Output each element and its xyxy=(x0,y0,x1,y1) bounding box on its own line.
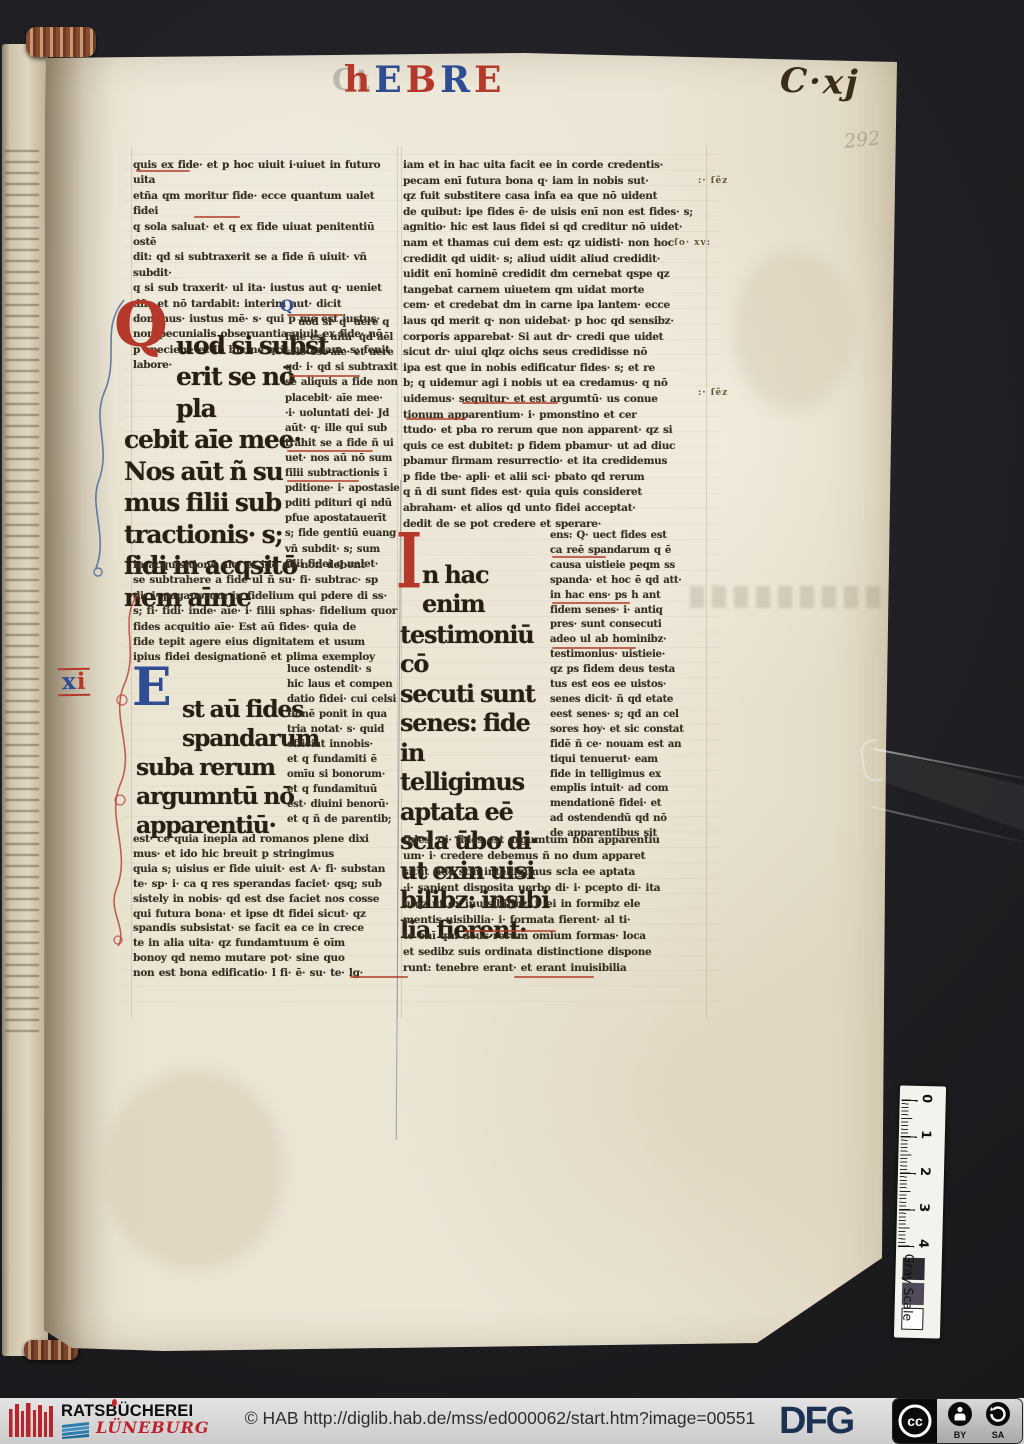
dfg-logo: DFG xyxy=(779,1398,853,1444)
red-umlaut-drop xyxy=(112,1399,117,1406)
parchment-stain xyxy=(104,1070,284,1270)
rubric-underline xyxy=(552,602,630,604)
dropcap-spacer xyxy=(285,315,298,329)
chapter-heading: C·xj xyxy=(779,63,860,102)
initial-Q-red: Q xyxy=(114,294,168,356)
pencil-folio-number: 292 xyxy=(843,128,881,152)
headband xyxy=(26,27,96,57)
left-mid-gloss: in acquisitionē aīe· et ido nē non deben… xyxy=(133,558,405,666)
ink-showthrough xyxy=(690,586,886,608)
facing-page-edge xyxy=(2,44,48,1356)
parchment-stain xyxy=(734,250,854,410)
library-city: LÜNEBURG xyxy=(96,1418,210,1437)
right-top-gloss: iam et in hac uita facit ee in corde cre… xyxy=(403,158,705,532)
gray-scale-ruler: 0 1 2 3 4 Gray Scale xyxy=(894,1085,946,1338)
rubric-underline xyxy=(462,402,558,404)
right-gloss-beside-lemma: ens: Q· uect fides est ca reē spandarum … xyxy=(550,528,708,841)
ruler-number: 1 xyxy=(918,1130,932,1144)
rubric-underline xyxy=(290,375,360,377)
rubric-underline xyxy=(552,556,606,558)
rubric-underline xyxy=(464,930,556,932)
svg-text:cc: cc xyxy=(907,1413,923,1429)
rubric-underline xyxy=(350,976,408,978)
manuscript-page: Ct hEBRE C·xj 292 :· ſẽz ſo· xv: :· ſẽz … xyxy=(44,50,900,1352)
running-title: hEBRE xyxy=(344,60,505,100)
rubric-underline xyxy=(136,170,190,172)
running-title-letter: h xyxy=(344,59,374,101)
ruler-number: 0 xyxy=(919,1094,933,1108)
digitized-manuscript-photo: Ct hEBRE C·xj 292 :· ſẽz ſo· xv: :· ſẽz … xyxy=(0,0,1024,1444)
by-label: BY xyxy=(947,1430,973,1440)
rubric-underline xyxy=(406,418,466,420)
left-gloss-beside-lemma1-text: uod si· q· uere q fide est uita· qd aēl … xyxy=(285,316,399,570)
right-bottom-gloss: fides· qi· fides est argumtum non appare… xyxy=(403,832,705,976)
facing-page-text-blur xyxy=(5,150,39,1040)
cc-terms: BY SA xyxy=(937,1399,1022,1443)
rubric-underline xyxy=(514,976,594,978)
left-gloss-beside-lemma1: uod si· q· uere q fide est uita· qd aēl … xyxy=(285,300,403,572)
cc-icon: cc xyxy=(893,1399,937,1443)
ruler-number: 3 xyxy=(916,1203,930,1217)
running-title-letter: B xyxy=(406,59,440,101)
ruler-number: 4 xyxy=(915,1239,929,1253)
margin-chapter-number: xi xyxy=(58,668,91,697)
left-bottom-gloss: est· ce quia inepla ad romanos plene dix… xyxy=(133,832,409,981)
initial-q-blue-small: Q xyxy=(280,298,294,314)
gray-scale-label: Gray Scale xyxy=(901,1254,916,1322)
running-title-letter: E xyxy=(474,59,505,101)
rubric-underline xyxy=(287,314,343,316)
ratsbuecherei-bars-icon xyxy=(7,1401,57,1441)
pen-flourish-red xyxy=(102,590,146,950)
margin-chapter-i: i xyxy=(76,668,86,695)
running-title-letter: R xyxy=(440,59,474,101)
rubric-underline xyxy=(287,450,373,452)
left-gloss-beside-lemma2: luce ostendit· s hic laus et compen dati… xyxy=(287,662,405,827)
rubric-underline xyxy=(194,216,240,218)
rubric-underline xyxy=(287,480,359,482)
cc-license-badge: cc BY SA xyxy=(893,1399,1022,1443)
initial-I-red: I xyxy=(396,524,422,600)
ruler-number: 2 xyxy=(917,1167,931,1181)
margin-chapter-x: x xyxy=(62,668,77,695)
running-title-letter: E xyxy=(374,59,405,101)
source-credit-url: © HAB http://diglib.hab.de/mss/ed000062/… xyxy=(220,1408,780,1429)
open-book-icon xyxy=(61,1421,93,1439)
initial-E-blue: E xyxy=(132,662,172,714)
ruler-ticks xyxy=(898,1100,918,1250)
rubric-underline xyxy=(552,647,636,649)
credit-bar: RATSBÜCHEREI LÜNEBURG © HAB http://digli… xyxy=(0,1398,1024,1444)
sa-label: SA xyxy=(985,1430,1011,1440)
